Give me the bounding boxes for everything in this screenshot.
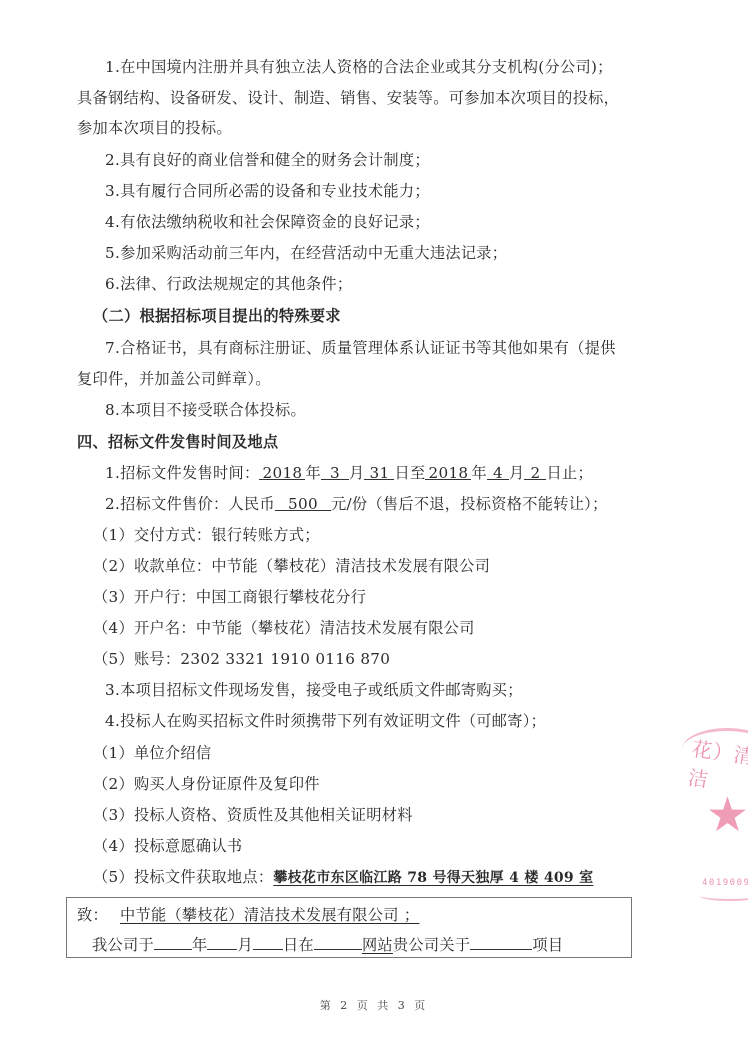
year-label: 年 [305, 464, 321, 482]
document-item-5-location: （5）投标文件获取地点：攀枝花市东区临江路 78 号得天独厚 4 楼 409 室 [93, 865, 593, 889]
end-month-field: 4 [487, 461, 509, 480]
form-year-field[interactable] [154, 931, 192, 950]
end-year-field: 2018 [425, 461, 471, 480]
start-year-field: 2018 [259, 461, 305, 480]
form-month-label: 月 [237, 936, 253, 954]
payment-item-3: （3）开户行：中国工商银行攀枝花分行 [93, 585, 366, 609]
payment-item-4: （4）开户名：中节能（攀枝花）清洁技术发展有限公司 [93, 616, 475, 640]
sale-time-prefix: 1.招标文件发售时间： [105, 464, 259, 482]
form-to-label: 致： [77, 906, 108, 924]
requirement-3: 3.具有履行合同所必需的设备和专业技术能力； [105, 179, 430, 203]
start-day-field: 31 [364, 461, 394, 480]
payment-item-5: （5）账号：2302 3321 1910 0116 870 [93, 647, 390, 671]
form-row2-prefix: 我公司于 [92, 936, 154, 954]
item-3: 3.本项目招标文件现场发售，接受电子或纸质文件邮寄购买； [105, 678, 523, 702]
document-item-4: （4）投标意愿确认书 [93, 834, 242, 858]
section-2-heading: （二）根据招标项目提出的特殊要求 [93, 304, 341, 328]
document-item-3: （3）投标人资格、资质性及其他相关证明材料 [93, 803, 413, 827]
form-day-field[interactable] [253, 931, 283, 950]
item-4: 4.投标人在购买招标文件时须携带下列有效证明文件（可邮寄）； [105, 709, 546, 733]
price-amount-field: 500 [275, 492, 331, 511]
form-website-field[interactable] [314, 931, 362, 950]
document-page: 1.在中国境内注册并具有独立法人资格的合法企业或其分支机构(分公司)； 具备钢结… [0, 0, 748, 1046]
requirement-8: 8.本项目不接受联合体投标。 [105, 398, 306, 422]
confirmation-form-box: 致：中节能（攀枝花）清洁技术发展有限公司 ； 我公司于年月日在网站贵公司关于项目 [66, 897, 632, 958]
page-number-footer: 第 2 页 共 3 页 [0, 997, 748, 1013]
requirement-7-line-2: 复印件，并加盖公司鲜章）。 [77, 367, 271, 391]
sale-time-line: 1.招标文件发售时间：2018年3月31日至2018年4月2日止； [105, 461, 593, 485]
day-to-label: 日至 [394, 464, 425, 482]
document-item-1: （1）单位介绍信 [93, 741, 211, 765]
document-item-2: （2）购买人身份证原件及复印件 [93, 772, 320, 796]
form-to-line: 致：中节能（攀枝花）清洁技术发展有限公司 ； [77, 903, 429, 927]
form-month-field[interactable] [207, 931, 237, 950]
payment-item-2: （2）收款单位：中节能（攀枝花）清洁技术发展有限公司 [93, 554, 490, 578]
month-label-2: 月 [509, 464, 525, 482]
year-label-2: 年 [471, 464, 487, 482]
price-prefix: 2.招标文件售价：人民币 [105, 495, 275, 513]
location-address: 攀枝花市东区临江路 78 号得天独厚 4 楼 409 室 [273, 870, 593, 886]
start-month-field: 3 [321, 461, 349, 480]
requirement-5: 5.参加采购活动前三年内，在经营活动中无重大违法记录； [105, 241, 507, 265]
form-about-label: 贵公司关于 [393, 936, 470, 954]
price-line: 2.招标文件售价：人民币500元/份（售后不退，投标资格不能转让）； [105, 492, 608, 516]
form-project-label: 项目 [532, 936, 563, 954]
requirement-1-line-2: 具备钢结构、设备研发、设计、制造、销售、安装等。可参加本次项目的投标， [77, 86, 619, 110]
month-label: 月 [349, 464, 365, 482]
stamp-arc-bottom [700, 891, 748, 901]
requirement-1-line-3: 参加本次项目的投标。 [77, 116, 232, 140]
section-4-heading: 四、招标文件发售时间及地点 [77, 430, 278, 454]
form-website-label: 网站 [362, 936, 393, 954]
requirement-1-line-1: 1.在中国境内注册并具有独立法人资格的合法企业或其分支机构(分公司)； [105, 55, 613, 79]
form-day-at-label: 日在 [283, 936, 314, 954]
form-to-company: 中节能（攀枝花）清洁技术发展有限公司 ； [108, 906, 429, 924]
company-seal-stamp: 花）清洁 ★ 40190093 [682, 736, 748, 896]
price-suffix: 元/份（售后不退，投标资格不能转让）； [331, 495, 608, 513]
form-row-2: 我公司于年月日在网站贵公司关于项目 [92, 931, 563, 955]
payment-item-1: （1）交付方式：银行转账方式； [93, 523, 320, 547]
form-year-label: 年 [192, 936, 208, 954]
requirement-4: 4.有依法缴纳税收和社会保障资金的良好记录； [105, 210, 430, 234]
requirement-2: 2.具有良好的商业信誉和健全的财务会计制度； [105, 148, 430, 172]
stamp-number: 40190093 [702, 878, 748, 888]
star-icon: ★ [706, 791, 748, 839]
form-project-field[interactable] [470, 931, 532, 950]
requirement-6: 6.法律、行政法规规定的其他条件； [105, 272, 352, 296]
end-label: 日止； [546, 464, 592, 482]
location-prefix: （5）投标文件获取地点： [93, 868, 273, 886]
end-day-field: 2 [524, 461, 546, 480]
requirement-7-line-1: 7.合格证书，具有商标注册证、质量管理体系认证证书等其他如果有（提供 [105, 336, 616, 360]
